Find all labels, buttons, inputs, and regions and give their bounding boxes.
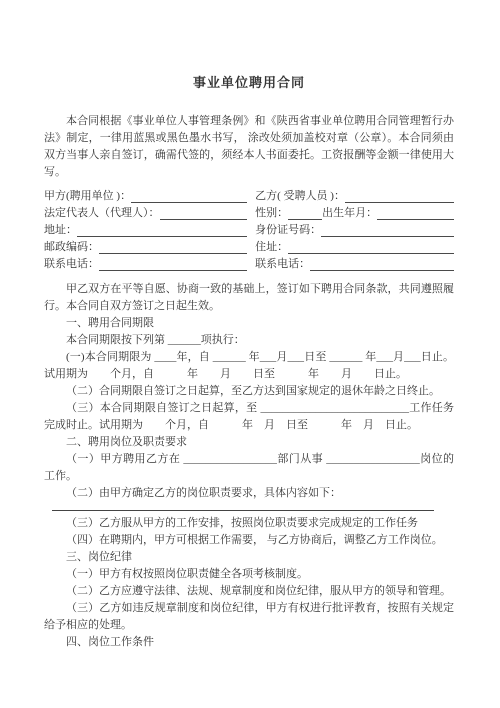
agreement-paragraph: 甲乙双方在平等自愿、协商一致的基础上，签订如下聘用合同条款，共同遵照履行。本合同… — [44, 281, 454, 315]
party-info-form: 甲方(聘用单位 )： 乙方( 受聘人员 )： 法定代表人（代理人）： 性别： 出… — [44, 188, 454, 273]
party-a-label: 甲方(聘用单位 )： — [44, 188, 131, 205]
section-3-heading: 三、岗位纪律 — [44, 549, 454, 566]
form-row-address-id: 地址： 身份证号码： — [44, 222, 454, 239]
residence-label: 住址： — [255, 239, 288, 256]
id-number-label: 身份证号码： — [255, 222, 321, 239]
clause-1-2: （二）合同期限自签订之日起算，至乙方达到国家规定的退休年龄之日终止。 — [44, 383, 454, 400]
clause-2-3: （三）乙方服从甲方的工作安排，按照岗位职责要求完成规定的工作任务 — [44, 515, 454, 532]
form-row-rep-gender: 法定代表人（代理人）： 性别： 出生年月： — [44, 205, 454, 222]
form-row-party: 甲方(聘用单位 )： 乙方( 受聘人员 )： — [44, 188, 454, 205]
section-4-heading: 四、岗位工作条件 — [44, 634, 454, 651]
phone-b-blank — [310, 258, 454, 271]
id-number-blank — [321, 224, 454, 237]
section-1-heading: 一、聘用合同期限 — [44, 315, 454, 332]
phone-a-blank — [99, 258, 247, 271]
document-title: 事业单位聘用合同 — [44, 74, 454, 92]
form-row-postcode-residence: 邮政编码： 住址： — [44, 239, 454, 256]
clause-3-2: （二）乙方应遵守法律、法规、规章制度和岗位纪律，服从甲方的领导和管理。 — [44, 583, 454, 600]
clause-1-1: (一)本合同期限为 ____年，自 ______ 年___月___日至 ____… — [44, 349, 454, 383]
phone-b-label: 联系电话： — [255, 256, 310, 273]
clause-term-selector: 本合同期限按下列第 ______项执行： — [44, 332, 454, 349]
gender-blank — [288, 207, 322, 220]
party-b-label: 乙方( 受聘人员 )： — [255, 188, 345, 205]
form-row-phones: 联系电话： 联系电话： — [44, 256, 454, 273]
legal-rep-blank — [160, 207, 248, 220]
birth-blank — [377, 207, 454, 220]
clause-2-1: （一）甲方聘用乙方在 _________________部门从事 _______… — [44, 451, 454, 485]
clause-1-3: （三）本合同期限自签订之日起算，至 ______________________… — [44, 400, 454, 434]
legal-rep-label: 法定代表人（代理人）： — [44, 205, 160, 222]
gender-label: 性别： — [255, 205, 288, 222]
party-b-blank — [345, 190, 454, 203]
postcode-blank — [99, 241, 247, 254]
duties-fill-in-line — [52, 510, 434, 511]
party-a-blank — [131, 190, 247, 203]
intro-paragraph: 本合同根据《事业单位人事管理条例》和《陕西省事业单位聘用合同管理暂行办法》制定，… — [44, 113, 454, 181]
phone-a-label: 联系电话： — [44, 256, 99, 273]
address-label: 地址： — [44, 222, 77, 239]
contract-document-page: 事业单位聘用合同 本合同根据《事业单位人事管理条例》和《陕西省事业单位聘用合同管… — [0, 0, 500, 708]
postcode-label: 邮政编码： — [44, 239, 99, 256]
clause-2-4: （四）在聘期内，甲方可根据工作需要， 与乙方协商后，调整乙方工作岗位。 — [44, 532, 454, 549]
clause-2-2: （二）由甲方确定乙方的岗位职责要求，具体内容如下： — [44, 485, 454, 502]
birth-label: 出生年月： — [322, 205, 377, 222]
residence-blank — [288, 241, 454, 254]
section-2-heading: 二、聘用岗位及职责要求 — [44, 434, 454, 451]
clause-3-1: （一）甲方有权按照岗位职责健全各项考核制度。 — [44, 566, 454, 583]
clause-3-3: （三）乙方如违反规章制度和岗位纪律，甲方有权进行批评教育，按照有关规定给予相应的… — [44, 600, 454, 634]
address-blank — [77, 224, 247, 237]
